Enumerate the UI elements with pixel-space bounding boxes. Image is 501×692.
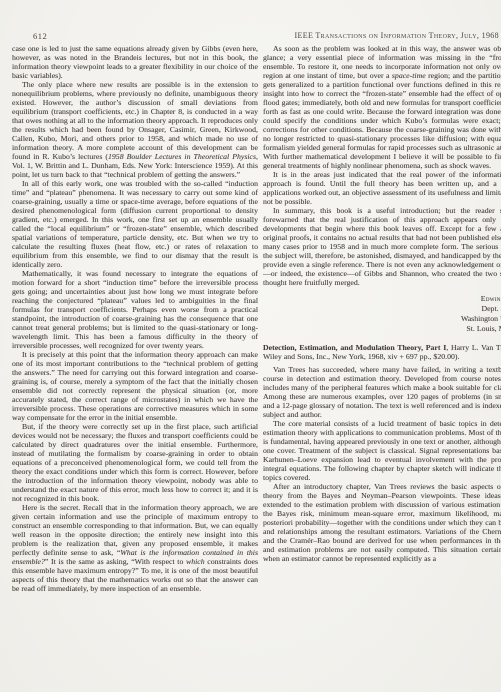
scanned-journal-page: 612 IEEE Transactions on Information The… xyxy=(0,0,501,692)
reviewer-institution: Washington University xyxy=(263,314,501,324)
text-segment: 1958 Boulder Lectures in Theoretical Phy… xyxy=(108,152,256,161)
paragraph: case one is led to just the same equatio… xyxy=(12,44,258,80)
paragraph: Van Trees has succeeded, where many have… xyxy=(263,365,501,419)
reviewer-department: Dept. of Physics xyxy=(263,304,501,314)
paragraph: The core material consists of a lucid tr… xyxy=(263,419,501,482)
paragraph: After an introductory chapter, Van Trees… xyxy=(263,482,501,563)
text-segment: space-time xyxy=(392,71,426,80)
paragraph: In all of this early work, one was troub… xyxy=(12,179,258,269)
text-segment: Van Trees has succeeded, where many have… xyxy=(263,365,501,419)
paragraph: Mathematically, it was found necessary t… xyxy=(12,269,258,350)
text-segment: Detection, Estimation, and Modulation Th… xyxy=(263,343,446,352)
paragraph: It is in the areas just indicated that t… xyxy=(263,170,501,206)
text-segment: After an introductory chapter, Van Trees… xyxy=(263,482,501,563)
reviewer-location: St. Louis, Mo. 63130 xyxy=(263,324,501,334)
text-segment: It is precisely at this point that the i… xyxy=(12,350,258,422)
text-segment: The core material consists of a lucid tr… xyxy=(263,419,501,482)
text-segment: But, if the theory were correctly set up… xyxy=(12,422,258,503)
text-segment: Mathematically, it was found necessary t… xyxy=(12,269,258,350)
book-review-heading: Detection, Estimation, and Modulation Th… xyxy=(263,343,501,361)
text-segment: case one is led to just the same equatio… xyxy=(12,44,258,80)
paragraph: It is precisely at this point that the i… xyxy=(12,350,258,422)
right-column: As soon as the problem was looked at in … xyxy=(263,44,501,563)
page-number: 612 xyxy=(33,31,47,41)
text-segment: In all of this early work, one was troub… xyxy=(12,179,258,269)
reviewer-name: Edwin T. Jaynes xyxy=(263,294,501,304)
text-segment: It is in the areas just indicated that t… xyxy=(263,170,501,206)
signature-block: Edwin T. JaynesDept. of PhysicsWashingto… xyxy=(263,294,501,334)
paragraph: The only place where new results are pos… xyxy=(12,80,258,179)
paragraph: But, if the theory were correctly set up… xyxy=(12,422,258,503)
text-segment: region; and the partition function gets … xyxy=(263,71,501,170)
paragraph: In summary, this book is a useful introd… xyxy=(263,206,501,287)
text-segment: ” It is the same as asking, “With respec… xyxy=(45,557,186,566)
left-column: case one is led to just the same equatio… xyxy=(12,44,258,593)
paragraph: As soon as the problem was looked at in … xyxy=(263,44,501,170)
text-segment: In summary, this book is a useful introd… xyxy=(263,206,501,287)
text-segment: which xyxy=(186,557,205,566)
text-segment: The only place where new results are pos… xyxy=(12,80,258,161)
journal-header: IEEE Transactions on Information Theory,… xyxy=(294,31,499,40)
paragraph: Here is the secret. Recall that in the i… xyxy=(12,503,258,593)
